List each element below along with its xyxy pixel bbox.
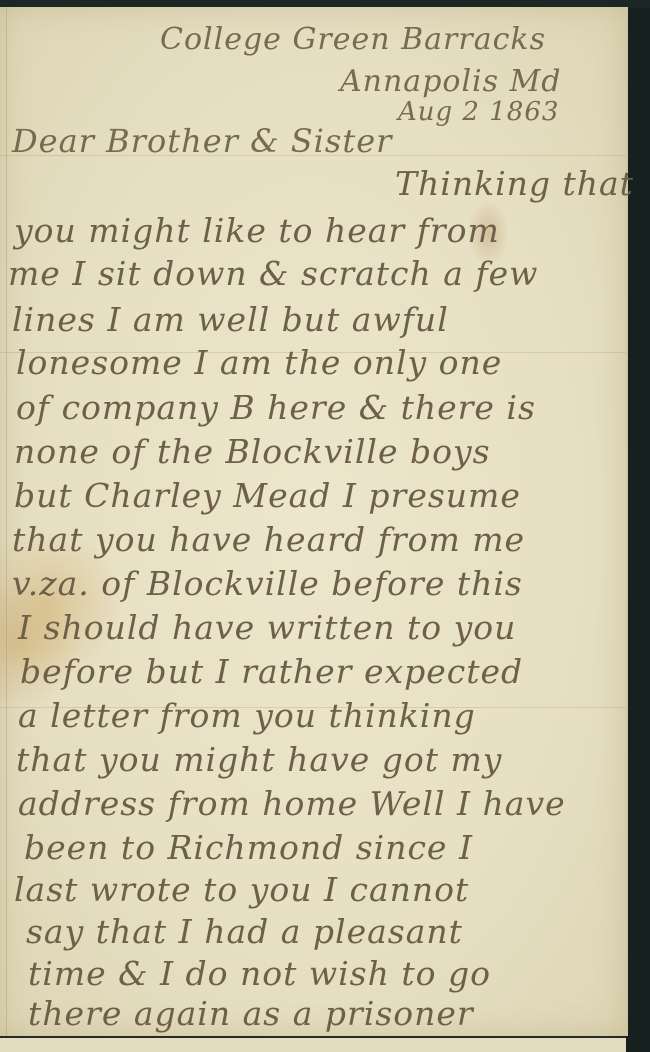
body-line: me I sit down & scratch a few xyxy=(8,257,538,290)
body-line: that you have heard from me xyxy=(12,523,525,556)
header-location-line-2: Annapolis Md xyxy=(340,67,562,97)
body-line: there again as a prisoner xyxy=(28,997,474,1030)
letter-page: College Green Barracks Annapolis Md Aug … xyxy=(0,7,628,1036)
body-line: you might like to hear from xyxy=(14,214,500,247)
body-line: say that I had a pleasant xyxy=(26,915,463,948)
body-line: address from home Well I have xyxy=(18,787,566,820)
next-page-edge xyxy=(0,1036,626,1052)
salutation: Dear Brother & Sister xyxy=(12,125,392,157)
body-line: Thinking that xyxy=(395,167,634,200)
body-line: last wrote to you I cannot xyxy=(14,873,469,906)
body-line: of company B here & there is xyxy=(16,391,536,424)
body-line: that you might have got my xyxy=(16,743,502,776)
body-line: lines I am well but awful xyxy=(12,303,449,336)
body-line: lonesome I am the only one xyxy=(16,346,502,379)
header-date: Aug 2 1863 xyxy=(398,99,559,125)
body-line: none of the Blockville boys xyxy=(14,435,491,468)
body-line: time & I do not wish to go xyxy=(28,957,491,990)
body-line: before but I rather expected xyxy=(20,655,523,688)
body-line: been to Richmond since I xyxy=(24,831,473,864)
body-line: but Charley Mead I presume xyxy=(14,479,521,512)
body-line: I should have written to you xyxy=(18,611,516,644)
body-line: v.za. of Blockville before this xyxy=(12,567,523,600)
header-location-line-1: College Green Barracks xyxy=(160,25,546,55)
body-line: a letter from you thinking xyxy=(18,699,476,732)
letter-scan: College Green Barracks Annapolis Md Aug … xyxy=(0,0,650,1052)
